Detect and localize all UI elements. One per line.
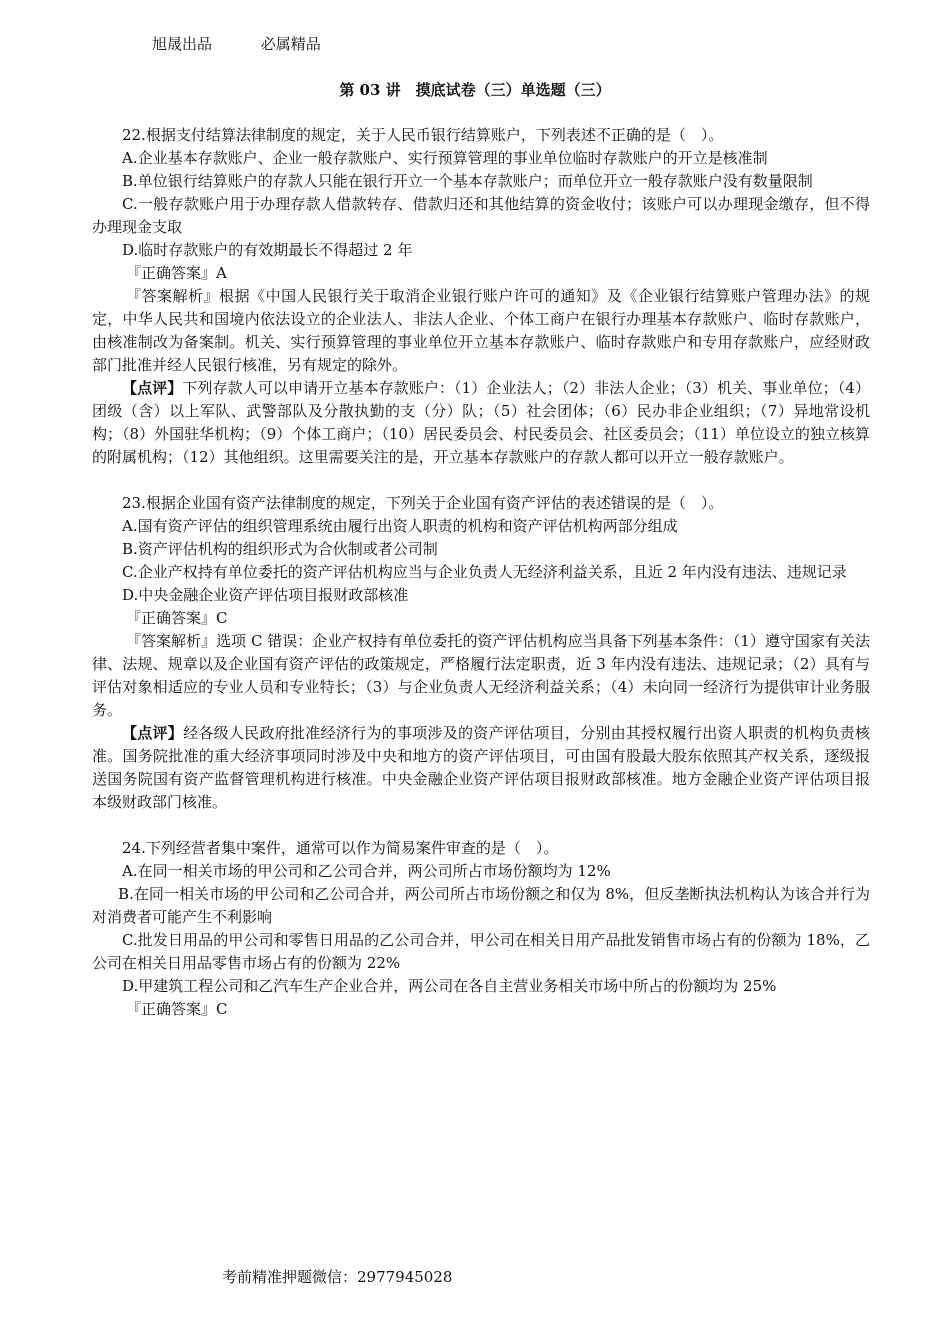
header-slogan: 必属精品 (261, 33, 321, 54)
page-title: 第 03 讲 摸底试卷（三）单选题（三） (0, 79, 950, 100)
comment-text: 下列存款人可以申请开立基本存款账户：（1）企业法人；（2）非法人企业；（3）机关… (92, 379, 870, 466)
option-c: C.批发日用品的甲公司和零售日用品的乙公司合并，甲公司在相关日用产品批发销售市场… (92, 929, 870, 975)
document-body: 22.根据支付结算法律制度的规定，关于人民币银行结算账户，下列表述不正确的是（ … (92, 124, 870, 1021)
question-22: 22.根据支付结算法律制度的规定，关于人民币银行结算账户，下列表述不正确的是（ … (92, 124, 870, 469)
option-a: A.企业基本存款账户、企业一般存款账户、实行预算管理的事业单位临时存款账户的开立… (92, 147, 870, 170)
header-brand: 旭晟出品 (152, 33, 212, 54)
comment-paragraph: 【点评】经各级人民政府批准经济行为的事项涉及的资产评估项目，分别由其授权履行出资… (92, 722, 870, 814)
comment-paragraph: 【点评】下列存款人可以申请开立基本存款账户：（1）企业法人；（2）非法人企业；（… (92, 377, 870, 469)
spacer (92, 814, 870, 837)
spacer (92, 469, 870, 492)
option-d: D.中央金融企业资产评估项目报财政部核准 (92, 584, 870, 607)
correct-answer: 『正确答案』A (92, 262, 870, 285)
page-header: 旭晟出品 必属精品 (152, 33, 321, 54)
question-stem: 23.根据企业国有资产法律制度的规定，下列关于企业国有资产评估的表述错误的是（ … (92, 492, 870, 515)
option-d: D.甲建筑工程公司和乙汽车生产企业合并，两公司在各自主营业务相关市场中所占的份额… (92, 975, 870, 998)
option-b: B.在同一相关市场的甲公司和乙公司合并，两公司所占市场份额之和仅为 8%，但反垄… (92, 883, 870, 929)
question-stem: 24.下列经营者集中案件，通常可以作为简易案件审查的是（ ）。 (92, 837, 870, 860)
option-a: A.国有资产评估的组织管理系统由履行出资人职责的机构和资产评估机构两部分组成 (92, 515, 870, 538)
option-d: D.临时存款账户的有效期最长不得超过 2 年 (92, 239, 870, 262)
correct-answer: 『正确答案』C (92, 998, 870, 1021)
comment-label: 【点评】 (122, 724, 183, 742)
option-b: B.单位银行结算账户的存款人只能在银行开立一个基本存款账户；而单位开立一般存款账… (92, 170, 870, 193)
question-23: 23.根据企业国有资产法律制度的规定，下列关于企业国有资产评估的表述错误的是（ … (92, 492, 870, 814)
answer-analysis: 『答案解析』根据《中国人民银行关于取消企业银行账户许可的通知》及《企业银行结算账… (92, 285, 870, 377)
comment-text: 经各级人民政府批准经济行为的事项涉及的资产评估项目，分别由其授权履行出资人职责的… (92, 724, 870, 811)
comment-label: 【点评】 (122, 379, 182, 397)
option-a: A.在同一相关市场的甲公司和乙公司合并，两公司所占市场份额均为 12% (92, 860, 870, 883)
question-24: 24.下列经营者集中案件，通常可以作为简易案件审查的是（ ）。 A.在同一相关市… (92, 837, 870, 1021)
answer-analysis: 『答案解析』选项 C 错误：企业产权持有单位委托的资产评估机构应当具备下列基本条… (92, 630, 870, 722)
question-stem: 22.根据支付结算法律制度的规定，关于人民币银行结算账户，下列表述不正确的是（ … (92, 124, 870, 147)
option-c: C.企业产权持有单位委托的资产评估机构应当与企业负责人无经济利益关系，且近 2 … (92, 561, 870, 584)
option-c: C.一般存款账户用于办理存款人借款转存、借款归还和其他结算的资金收付；该账户可以… (92, 193, 870, 239)
footer-contact: 考前精准押题微信：2977945028 (222, 1266, 452, 1287)
option-b: B.资产评估机构的组织形式为合伙制或者公司制 (92, 538, 870, 561)
correct-answer: 『正确答案』C (92, 607, 870, 630)
